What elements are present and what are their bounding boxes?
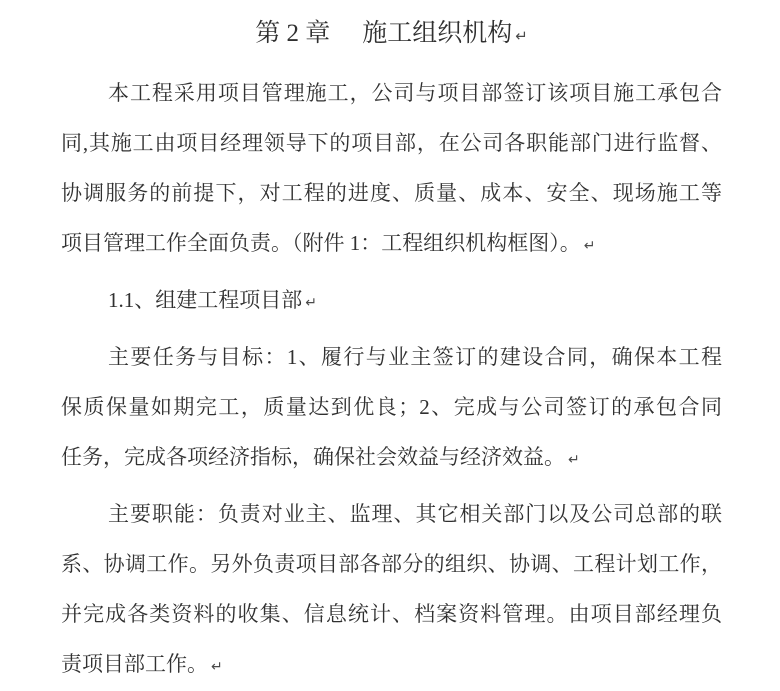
- document-body: 本工程采用项目管理施工，公司与项目部签订该项目施工承包合同,其施工由项目经理领导…: [61, 68, 722, 689]
- paragraph: 主要职能：负责对业主、监理、其它相关部门以及公司总部的联系、协调工作。另外负责项…: [61, 489, 722, 689]
- text-line: 保质保量如期完工，质量达到优良；2、完成与公司签订的承包合同: [61, 382, 722, 432]
- chapter-title: 第 2 章施工组织机构↵: [61, 10, 722, 60]
- text-line: 1.1、组建工程项目部↵: [61, 275, 722, 325]
- text-line: 协调服务的前提下，对工程的进度、质量、成本、安全、现场施工等: [61, 168, 722, 218]
- chapter-number: 第 2 章: [255, 20, 330, 47]
- text-line: 系、协调工作。另外负责项目部各部分的组织、协调、工程计划工作，: [61, 539, 722, 589]
- text-line: 主要任务与目标：1、履行与业主签订的建设合同，确保本工程: [61, 332, 722, 382]
- text-line: 主要职能：负责对业主、监理、其它相关部门以及公司总部的联: [61, 489, 722, 539]
- text-line: 并完成各类资料的收集、信息统计、档案资料管理。由项目部经理负: [61, 589, 722, 639]
- paragraph: 主要任务与目标：1、履行与业主签订的建设合同，确保本工程保质保量如期完工，质量达…: [61, 332, 722, 482]
- paragraph-mark-icon: ↵: [305, 295, 317, 311]
- paragraph: 1.1、组建工程项目部↵: [61, 275, 722, 325]
- paragraph-mark-icon: ↵: [584, 238, 596, 254]
- text-line: 项目管理工作全面负责。（附件 1：工程组织机构框图）。↵: [61, 218, 722, 268]
- chapter-name: 施工组织机构: [362, 20, 512, 47]
- text-line: 责项目部工作。↵: [61, 639, 722, 689]
- paragraph-mark-icon: ↵: [568, 452, 580, 468]
- paragraph-mark-icon: ↵: [211, 659, 223, 675]
- text-line: 同,其施工由项目经理领导下的项目部，在公司各职能部门进行监督、: [61, 118, 722, 168]
- paragraph: 本工程采用项目管理施工，公司与项目部签订该项目施工承包合同,其施工由项目经理领导…: [61, 68, 722, 268]
- text-line: 任务，完成各项经济指标，确保社会效益与经济效益。↵: [61, 432, 722, 482]
- paragraph-mark-icon: ↵: [515, 27, 528, 45]
- document-page: 第 2 章施工组织机构↵ 本工程采用项目管理施工，公司与项目部签订该项目施工承包…: [0, 0, 780, 691]
- text-line: 本工程采用项目管理施工，公司与项目部签订该项目施工承包合: [61, 68, 722, 118]
